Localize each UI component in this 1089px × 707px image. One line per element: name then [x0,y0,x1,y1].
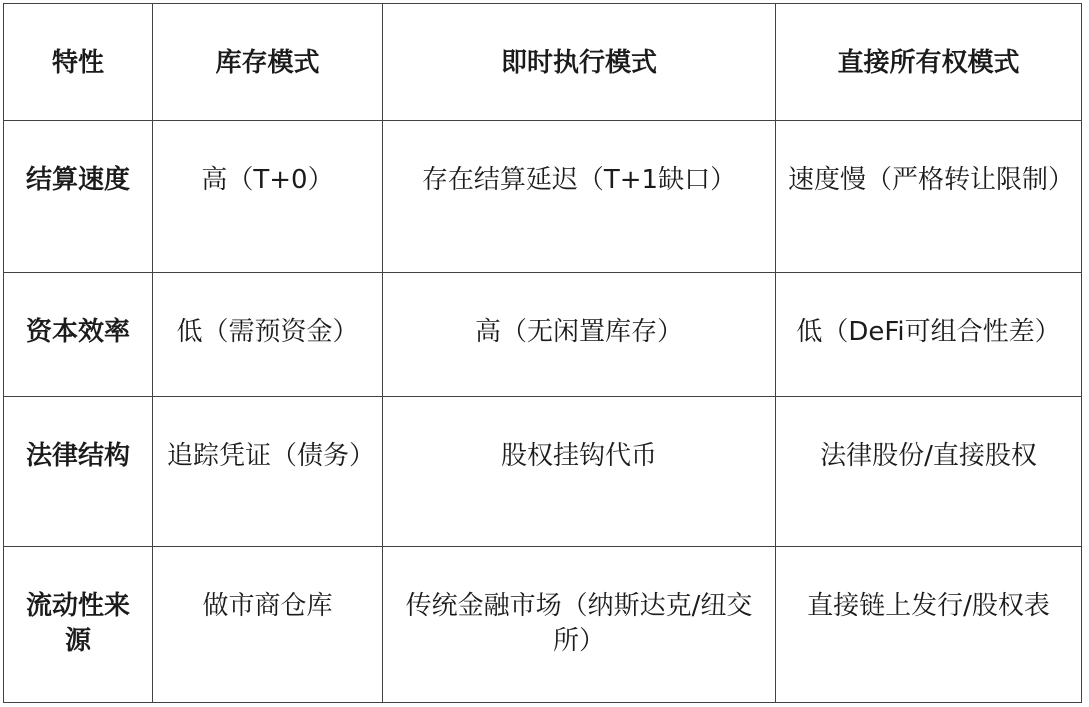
row-header-capital-efficiency: 资本效率 [4,273,153,397]
table-cell: 高（无闲置库存） [383,273,776,397]
table-cell: 速度慢（严格转让限制） [776,121,1082,273]
col-header-feature: 特性 [4,4,153,121]
table-cell: 股权挂钩代币 [383,397,776,547]
table-row: 法律结构 追踪凭证（债务） 股权挂钩代币 法律股份/直接股权 [4,397,1082,547]
table-cell: 追踪凭证（债务） [153,397,383,547]
table-row: 流动性来源 做市商仓库 传统金融市场（纳斯达克/纽交所） 直接链上发行/股权表 [4,547,1082,703]
col-header-instant-execution-mode: 即时执行模式 [383,4,776,121]
table-cell: 低（需预资金） [153,273,383,397]
row-header-legal-structure: 法律结构 [4,397,153,547]
table-cell: 做市商仓库 [153,547,383,703]
header-row: 特性 库存模式 即时执行模式 直接所有权模式 [4,4,1082,121]
table-cell: 传统金融市场（纳斯达克/纽交所） [383,547,776,703]
table-row: 资本效率 低（需预资金） 高（无闲置库存） 低（DeFi可组合性差） [4,273,1082,397]
row-header-settlement-speed: 结算速度 [4,121,153,273]
table-row: 结算速度 高（T+0） 存在结算延迟（T+1缺口） 速度慢（严格转让限制） [4,121,1082,273]
table-cell: 高（T+0） [153,121,383,273]
table-cell: 存在结算延迟（T+1缺口） [383,121,776,273]
col-header-direct-ownership-mode: 直接所有权模式 [776,4,1082,121]
comparison-table: 特性 库存模式 即时执行模式 直接所有权模式 结算速度 高（T+0） 存在结算延… [3,3,1082,703]
table-cell: 直接链上发行/股权表 [776,547,1082,703]
table-cell: 法律股份/直接股权 [776,397,1082,547]
row-header-liquidity-source: 流动性来源 [4,547,153,703]
col-header-inventory-mode: 库存模式 [153,4,383,121]
table-cell: 低（DeFi可组合性差） [776,273,1082,397]
